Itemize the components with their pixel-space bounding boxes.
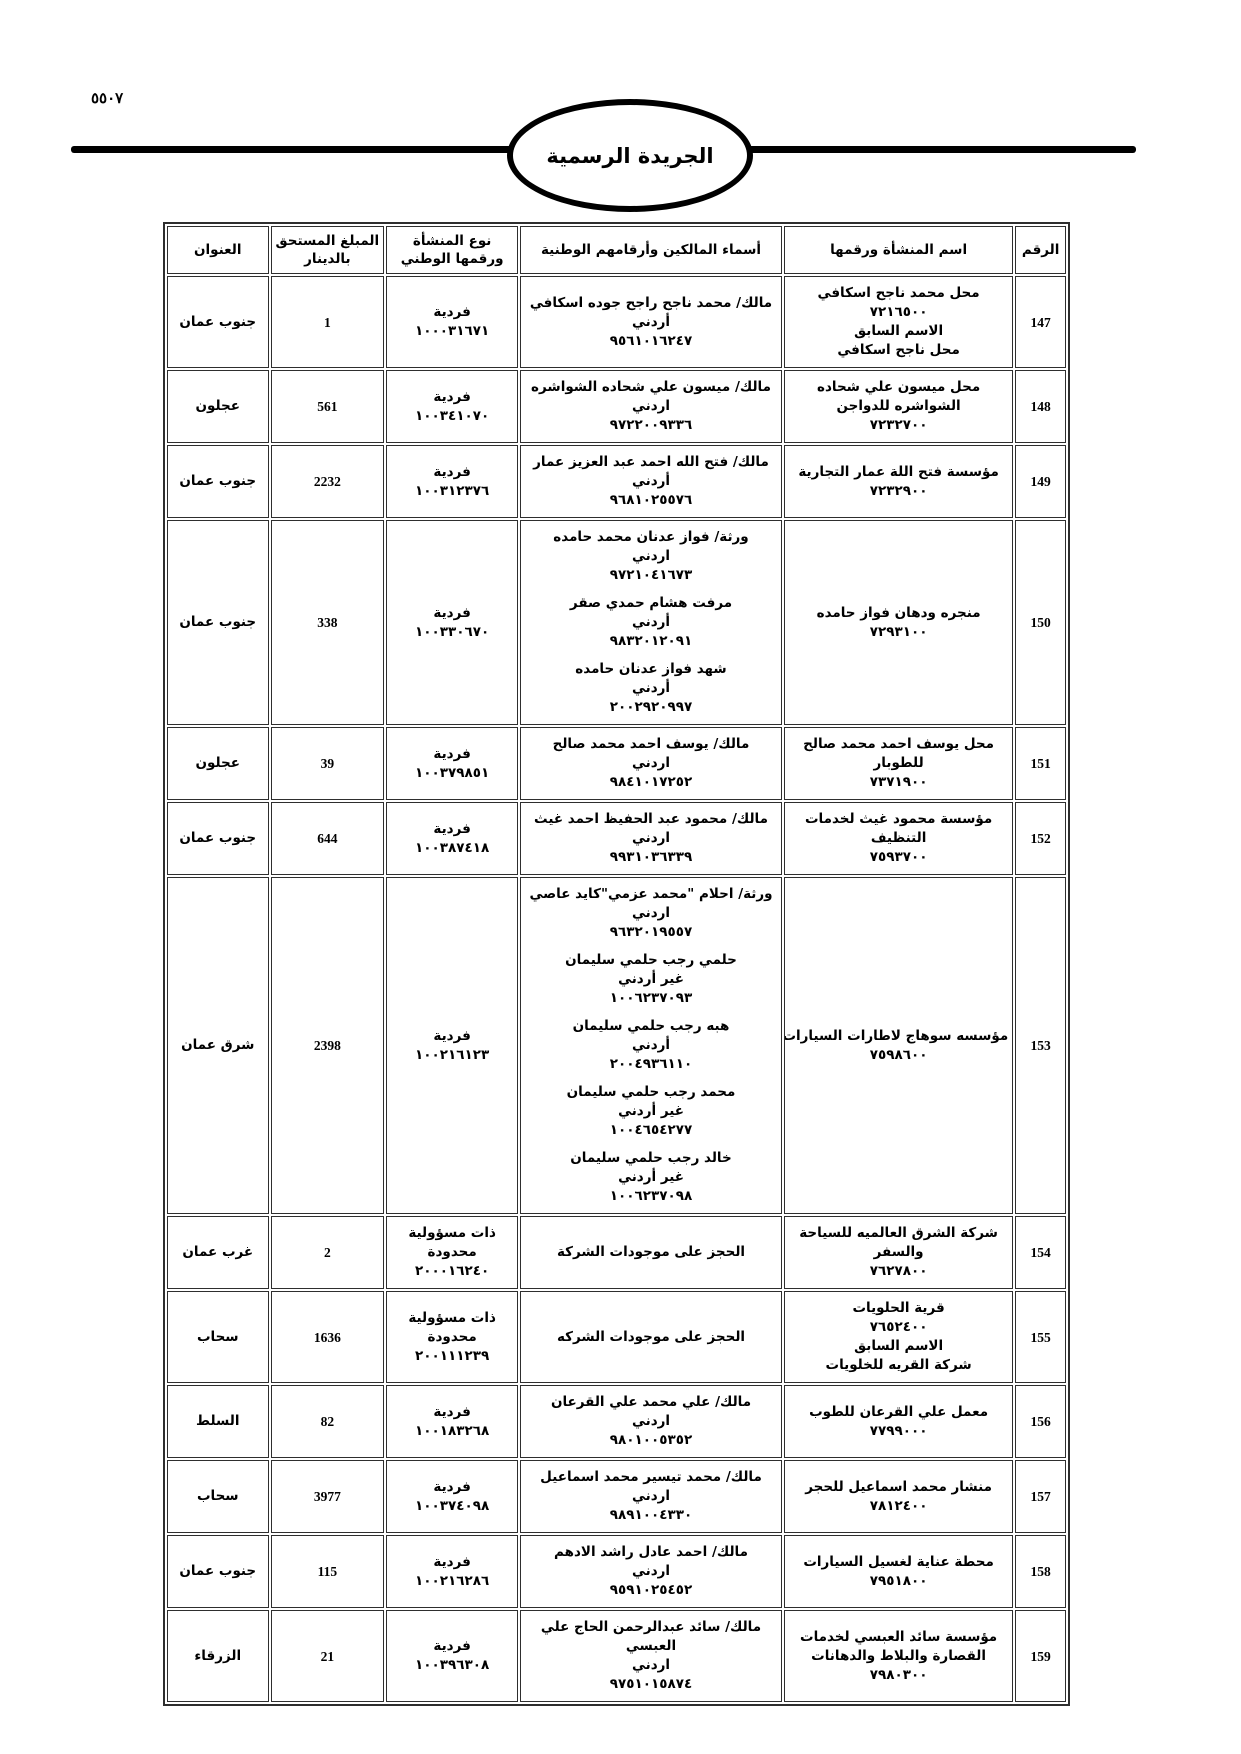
text-line: ٩٩٣١٠٣٦٣٣٩ (525, 848, 777, 867)
text-line: ٢٠٠١١١٢٣٩ (391, 1347, 513, 1366)
table-row: 148محل ميسون علي شحادهالشواشره للدواجن٧٢… (167, 370, 1066, 443)
cell-owners: مالك/ سائد عبدالرحمن الحاج عليالعبسياردن… (520, 1610, 782, 1702)
text-line: أردني (525, 472, 777, 491)
cell-type: فردية١٠٠٢١٦١٢٣ (386, 877, 518, 1214)
text-line: مالك/ علي محمد علي القرعان (525, 1393, 777, 1412)
table-row: 157منشار محمد اسماعيل للحجر٧٨١٢٤٠٠مالك/ … (167, 1460, 1066, 1533)
text-line: اردني (525, 829, 777, 848)
text-line: محمد رجب حلمي سليمان (525, 1083, 777, 1102)
cell-type: فردية١٠٠٣٤١٠٧٠ (386, 370, 518, 443)
text-line: فردية (391, 1553, 513, 1572)
cell-establishment: مؤسسة سائد العبسي لخدماتالقصارة والبلاط … (784, 1610, 1013, 1702)
text-line: ١٠٠٦٢٣٧٠٩٨ (525, 1187, 777, 1206)
establishments-table: الرقماسم المنشأة ورقمهاأسماء المالكين وأ… (163, 222, 1070, 1706)
cell-type: فردية١٠٠٣٣٠٦٧٠ (386, 520, 518, 725)
cell-amount: 1636 (271, 1291, 385, 1383)
text-line: ذات مسؤولية (391, 1224, 513, 1243)
cell-establishment: محل محمد ناجح اسكافي٧٢١٦٥٠٠الاسم السابقم… (784, 276, 1013, 368)
text-line: محل محمد ناجح اسكافي (789, 284, 1008, 303)
text-line: ٧٩٨٠٣٠٠ (789, 1666, 1008, 1685)
cell-row-number: 153 (1015, 877, 1066, 1214)
table-row: 154شركة الشرق العالميه للسياحةوالسفر٧٦٢٧… (167, 1216, 1066, 1289)
text-line: 82 (276, 1412, 380, 1431)
text-line: مرفت هشام حمدي صقر (525, 594, 777, 613)
text-line: 2 (276, 1243, 380, 1262)
text-line: ٧٩٥١٨٠٠ (789, 1572, 1008, 1591)
cell-row-number: 159 (1015, 1610, 1066, 1702)
text-line: 155 (1020, 1328, 1061, 1347)
text-line: مالك/ محمود عبد الحفيظ احمد غيث (525, 810, 777, 829)
text-line: 156 (1020, 1412, 1061, 1431)
line-gap (525, 1008, 777, 1017)
text-line: اردني (525, 1487, 777, 1506)
table-row: 158محطة عناية لغسيل السيارات٧٩٥١٨٠٠مالك/… (167, 1535, 1066, 1608)
table-row: 147محل محمد ناجح اسكافي٧٢١٦٥٠٠الاسم السا… (167, 276, 1066, 368)
cell-owners: ورثة/ فواز عدنان محمد حامدهاردني٩٧٢١٠٤١٦… (520, 520, 782, 725)
text-line: مالك/ ميسون علي شحاده الشواشره (525, 378, 777, 397)
cell-row-number: 155 (1015, 1291, 1066, 1383)
text-line: المبلغ المستحق (275, 232, 381, 250)
cell-address: عجلون (167, 370, 269, 443)
text-line: ورقمها الوطني (390, 250, 514, 268)
text-line: 159 (1020, 1647, 1061, 1666)
cell-address: جنوب عمان (167, 1535, 269, 1608)
cell-amount: 561 (271, 370, 385, 443)
cell-row-number: 148 (1015, 370, 1066, 443)
text-line: ١٠٠٣١٢٣٧٦ (391, 482, 513, 501)
text-line: شرق عمان (172, 1036, 264, 1055)
cell-amount: 644 (271, 802, 385, 875)
cell-establishment: قرية الحلويات٧٦٥٢٤٠٠الاسم السابقشركة الق… (784, 1291, 1013, 1383)
text-line: مالك/ فتح الله احمد عبد العزيز عمار (525, 453, 777, 472)
text-line: القصارة والبلاط والدهانات (789, 1647, 1008, 1666)
text-line: اردني (525, 1656, 777, 1675)
cell-establishment: محل يوسف احمد محمد صالحللطوبار٧٣٧١٩٠٠ (784, 727, 1013, 800)
line-gap (525, 651, 777, 660)
text-line: محدودة (391, 1243, 513, 1262)
text-line: فردية (391, 1637, 513, 1656)
text-line: العنوان (171, 241, 265, 259)
text-line: معمل علي القرعان للطوب (789, 1403, 1008, 1422)
cell-owners: الحجز على موجودات الشركه (520, 1291, 782, 1383)
cell-establishment: منجره ودهان فواز حامده٧٢٩٣١٠٠ (784, 520, 1013, 725)
cell-row-number: 157 (1015, 1460, 1066, 1533)
cell-row-number: 147 (1015, 276, 1066, 368)
text-line: ٩٦٨١٠٢٥٥٧٦ (525, 491, 777, 510)
text-line: قرية الحلويات (789, 1299, 1008, 1318)
table-row: 153مؤسسه سوهاج لاطارات السيارات٧٥٩٨٦٠٠ور… (167, 877, 1066, 1214)
table-body: 147محل محمد ناجح اسكافي٧٢١٦٥٠٠الاسم السا… (167, 276, 1066, 1702)
text-line: غير أردني (525, 1168, 777, 1187)
text-line: الرقم (1019, 241, 1062, 259)
text-line: 39 (276, 754, 380, 773)
text-line: 149 (1020, 472, 1061, 491)
text-line: 21 (276, 1647, 380, 1666)
page-number: ٥٥٠٧ (91, 92, 251, 107)
cell-type: ذات مسؤوليةمحدودة٢٠٠٠١٦٢٤٠ (386, 1216, 518, 1289)
masthead-oval: الجريدة الرسمية (507, 99, 753, 212)
masthead-title: الجريدة الرسمية (546, 144, 713, 168)
cell-type: فردية١٠٠٣٧٤٠٩٨ (386, 1460, 518, 1533)
text-line: ٧٢٩٣١٠٠ (789, 623, 1008, 642)
text-line: منجره ودهان فواز حامده (789, 604, 1008, 623)
cell-row-number: 149 (1015, 445, 1066, 518)
cell-amount: 82 (271, 1385, 385, 1458)
text-line: اردني (525, 397, 777, 416)
text-line: مالك/ محمد تيسير محمد اسماعيل (525, 1468, 777, 1487)
cell-row-number: 152 (1015, 802, 1066, 875)
cell-type: فردية١٠٠٣١٢٣٧٦ (386, 445, 518, 518)
text-line: 148 (1020, 397, 1061, 416)
text-line: 644 (276, 829, 380, 848)
cell-owners: مالك/ احمد عادل راشد الادهماردني٩٥٩١٠٢٥٤… (520, 1535, 782, 1608)
cell-owners: مالك/ ميسون علي شحاده الشواشرهاردني٩٧٢٢٠… (520, 370, 782, 443)
text-line: جنوب عمان (172, 613, 264, 632)
cell-address: شرق عمان (167, 877, 269, 1214)
table-header-row: الرقماسم المنشأة ورقمهاأسماء المالكين وأ… (167, 226, 1066, 274)
text-line: 1636 (276, 1328, 380, 1347)
table-row: 150منجره ودهان فواز حامده٧٢٩٣١٠٠ورثة/ فو… (167, 520, 1066, 725)
cell-owners: مالك/ يوسف احمد محمد صالحاردني٩٨٤١٠١٧٢٥٢ (520, 727, 782, 800)
column-header-type: نوع المنشأةورقمها الوطني (386, 226, 518, 274)
cell-type: ذات مسؤوليةمحدودة٢٠٠١١١٢٣٩ (386, 1291, 518, 1383)
text-line: فردية (391, 388, 513, 407)
text-line: ٩٦٣٢٠١٩٥٥٧ (525, 923, 777, 942)
text-line: الحجز على موجودات الشركة (525, 1243, 777, 1262)
text-line: حلمي رجب حلمي سليمان (525, 951, 777, 970)
cell-establishment: معمل علي القرعان للطوب٧٧٩٩٠٠٠ (784, 1385, 1013, 1458)
text-line: غير أردني (525, 1102, 777, 1121)
text-line: 338 (276, 613, 380, 632)
column-header-address: العنوان (167, 226, 269, 274)
text-line: ٧٣٧١٩٠٠ (789, 773, 1008, 792)
table-row: 156معمل علي القرعان للطوب٧٧٩٩٠٠٠مالك/ عل… (167, 1385, 1066, 1458)
text-line: خالد رجب حلمي سليمان (525, 1149, 777, 1168)
text-line: مالك/ يوسف احمد محمد صالح (525, 735, 777, 754)
cell-amount: 338 (271, 520, 385, 725)
text-line: ٧٨١٢٤٠٠ (789, 1497, 1008, 1516)
text-line: ٩٧٥١٠١٥٨٧٤ (525, 1675, 777, 1694)
text-line: ذات مسؤولية (391, 1309, 513, 1328)
cell-address: جنوب عمان (167, 520, 269, 725)
cell-owners: مالك/ محمد ناجح راجح جوده اسكافيأردني٩٥٦… (520, 276, 782, 368)
text-line: ٩٧٢١٠٤١٦٧٣ (525, 566, 777, 585)
text-line: مالك/ احمد عادل راشد الادهم (525, 1543, 777, 1562)
text-line: الشواشره للدواجن (789, 397, 1008, 416)
cell-establishment: مؤسسة محمود غيث لخدماتالتنظيف٧٥٩٣٧٠٠ (784, 802, 1013, 875)
cell-owners: ورثة/ احلام "محمد عزمي"كايد عاصياردني٩٦٣… (520, 877, 782, 1214)
text-line: غير أردني (525, 970, 777, 989)
table-row: 159مؤسسة سائد العبسي لخدماتالقصارة والبل… (167, 1610, 1066, 1702)
cell-type: فردية١٠٠٢١٦٢٨٦ (386, 1535, 518, 1608)
cell-row-number: 151 (1015, 727, 1066, 800)
text-line: فردية (391, 1403, 513, 1422)
text-line: مؤسسة فتح اللة عمار التجارية (789, 463, 1008, 482)
cell-address: سحاب (167, 1291, 269, 1383)
text-line: 2398 (276, 1036, 380, 1055)
text-line: فردية (391, 463, 513, 482)
text-line: 1 (276, 313, 380, 332)
text-line: أردني (525, 679, 777, 698)
text-line: جنوب عمان (172, 313, 264, 332)
text-line: ٧٥٩٣٧٠٠ (789, 848, 1008, 867)
text-line: ٩٨٠١٠٠٥٣٥٢ (525, 1431, 777, 1450)
cell-address: سحاب (167, 1460, 269, 1533)
text-line: 152 (1020, 829, 1061, 848)
cell-type: فردية١٠٠١٨٣٢٦٨ (386, 1385, 518, 1458)
text-line: فردية (391, 745, 513, 764)
text-line: سحاب (172, 1328, 264, 1347)
cell-amount: 3977 (271, 1460, 385, 1533)
text-line: اردني (525, 1412, 777, 1431)
text-line: فردية (391, 820, 513, 839)
cell-owners: مالك/ علي محمد علي القرعاناردني٩٨٠١٠٠٥٣٥… (520, 1385, 782, 1458)
text-line: 3977 (276, 1487, 380, 1506)
text-line: سحاب (172, 1487, 264, 1506)
cell-row-number: 156 (1015, 1385, 1066, 1458)
cell-amount: 2398 (271, 877, 385, 1214)
text-line: اردني (525, 547, 777, 566)
text-line: 151 (1020, 754, 1061, 773)
text-line: ١٠٠٢١٦٢٨٦ (391, 1572, 513, 1591)
text-line: ٩٨٤١٠١٧٢٥٢ (525, 773, 777, 792)
cell-amount: 115 (271, 1535, 385, 1608)
text-line: ٧٦٥٢٤٠٠ (789, 1318, 1008, 1337)
cell-owners: مالك/ محمد تيسير محمد اسماعيلاردني٩٨٩١٠٠… (520, 1460, 782, 1533)
text-line: الاسم السابق (789, 322, 1008, 341)
text-line: اردني (525, 904, 777, 923)
text-line: أردني (525, 613, 777, 632)
cell-row-number: 154 (1015, 1216, 1066, 1289)
text-line: ٧٧٩٩٠٠٠ (789, 1422, 1008, 1441)
text-line: مؤسسة سائد العبسي لخدمات (789, 1628, 1008, 1647)
text-line: ١٠٠٢١٦١٢٣ (391, 1046, 513, 1065)
column-header-row-number: الرقم (1015, 226, 1066, 274)
column-header-owners: أسماء المالكين وأرقامهم الوطنية (520, 226, 782, 274)
text-line: 115 (276, 1562, 380, 1581)
text-line: التنظيف (789, 829, 1008, 848)
table-row: 152مؤسسة محمود غيث لخدماتالتنظيف٧٥٩٣٧٠٠م… (167, 802, 1066, 875)
text-line: الاسم السابق (789, 1337, 1008, 1356)
text-line: ١٠٠٣٨٧٤١٨ (391, 839, 513, 858)
line-gap (525, 1074, 777, 1083)
text-line: جنوب عمان (172, 472, 264, 491)
text-line: ٩٨٩١٠٠٤٣٣٠ (525, 1506, 777, 1525)
text-line: هبه رجب حلمي سليمان (525, 1017, 777, 1036)
cell-establishment: مؤسسة فتح اللة عمار التجارية٧٢٣٢٩٠٠ (784, 445, 1013, 518)
line-gap (525, 585, 777, 594)
text-line: عجلون (172, 397, 264, 416)
text-line: عجلون (172, 754, 264, 773)
text-line: ٧٢٣٢٧٠٠ (789, 416, 1008, 435)
cell-address: الزرقاء (167, 1610, 269, 1702)
text-line: ورثة/ احلام "محمد عزمي"كايد عاصي (525, 885, 777, 904)
cell-address: جنوب عمان (167, 445, 269, 518)
cell-amount: 2 (271, 1216, 385, 1289)
text-line: ٧٢٣٢٩٠٠ (789, 482, 1008, 501)
cell-establishment: محطة عناية لغسيل السيارات٧٩٥١٨٠٠ (784, 1535, 1013, 1608)
text-line: 153 (1020, 1036, 1061, 1055)
cell-row-number: 158 (1015, 1535, 1066, 1608)
cell-address: جنوب عمان (167, 276, 269, 368)
text-line: غرب عمان (172, 1243, 264, 1262)
text-line: ١٠٠٤٦٥٤٢٧٧ (525, 1121, 777, 1140)
text-line: فردية (391, 303, 513, 322)
text-line: ١٠٠٣٩٦٣٠٨ (391, 1656, 513, 1675)
cell-address: السلط (167, 1385, 269, 1458)
text-line: مالك/ محمد ناجح راجح جوده اسكافي (525, 294, 777, 313)
text-line: مؤسسه سوهاج لاطارات السيارات (789, 1027, 1008, 1046)
text-line: مالك/ سائد عبدالرحمن الحاج علي (525, 1618, 777, 1637)
text-line: نوع المنشأة (390, 232, 514, 250)
text-line: 158 (1020, 1562, 1061, 1581)
text-line: ١٠٠٣٤١٠٧٠ (391, 407, 513, 426)
text-line: جنوب عمان (172, 1562, 264, 1581)
text-line: ٩٧٢٢٠٠٩٣٣٦ (525, 416, 777, 435)
column-header-establishment: اسم المنشأة ورقمها (784, 226, 1013, 274)
text-line: محل ميسون علي شحاده (789, 378, 1008, 397)
text-line: محل ناجح اسكافي (789, 341, 1008, 360)
cell-owners: مالك/ فتح الله احمد عبد العزيز عمارأردني… (520, 445, 782, 518)
cell-type: فردية١٠٠٠٣١٦٧١ (386, 276, 518, 368)
cell-row-number: 150 (1015, 520, 1066, 725)
line-gap (525, 942, 777, 951)
text-line: 150 (1020, 613, 1061, 632)
text-line: محل يوسف احمد محمد صالح (789, 735, 1008, 754)
cell-amount: 39 (271, 727, 385, 800)
column-header-amount: المبلغ المستحقبالدينار (271, 226, 385, 274)
cell-amount: 1 (271, 276, 385, 368)
text-line: محطة عناية لغسيل السيارات (789, 1553, 1008, 1572)
cell-address: جنوب عمان (167, 802, 269, 875)
text-line: الزرقاء (172, 1647, 264, 1666)
table-row: 151محل يوسف احمد محمد صالحللطوبار٧٣٧١٩٠٠… (167, 727, 1066, 800)
text-line: ١٠٠٦٢٣٧٠٩٣ (525, 989, 777, 1008)
text-line: ١٠٠١٨٣٢٦٨ (391, 1422, 513, 1441)
cell-type: فردية١٠٠٣٧٩٨٥١ (386, 727, 518, 800)
text-line: ٢٠٠٠١٦٢٤٠ (391, 1262, 513, 1281)
table-row: 149مؤسسة فتح اللة عمار التجارية٧٢٣٢٩٠٠ما… (167, 445, 1066, 518)
text-line: ٢٠٠٢٩٢٠٩٩٧ (525, 698, 777, 717)
cell-type: فردية١٠٠٣٨٧٤١٨ (386, 802, 518, 875)
cell-type: فردية١٠٠٣٩٦٣٠٨ (386, 1610, 518, 1702)
text-line: ٧٥٩٨٦٠٠ (789, 1046, 1008, 1065)
cell-owners: الحجز على موجودات الشركة (520, 1216, 782, 1289)
text-line: فردية (391, 1478, 513, 1497)
text-line: السلط (172, 1412, 264, 1431)
text-line: 2232 (276, 472, 380, 491)
text-line: ٧٢١٦٥٠٠ (789, 303, 1008, 322)
text-line: ٩٨٣٢٠١٢٠٩١ (525, 632, 777, 651)
cell-address: غرب عمان (167, 1216, 269, 1289)
text-line: أسماء المالكين وأرقامهم الوطنية (524, 241, 778, 259)
text-line: محدودة (391, 1328, 513, 1347)
line-gap (525, 1140, 777, 1149)
text-line: شركة القريه للخلويات (789, 1356, 1008, 1375)
cell-amount: 2232 (271, 445, 385, 518)
text-line: مؤسسة محمود غيث لخدمات (789, 810, 1008, 829)
text-line: والسفر (789, 1243, 1008, 1262)
cell-address: عجلون (167, 727, 269, 800)
text-line: 147 (1020, 313, 1061, 332)
text-line: اردني (525, 1562, 777, 1581)
text-line: ١٠٠٣٣٠٦٧٠ (391, 623, 513, 642)
cell-owners: مالك/ محمود عبد الحفيظ احمد غيثاردني٩٩٣١… (520, 802, 782, 875)
text-line: العبسي (525, 1637, 777, 1656)
text-line: ٢٠٠٤٩٣٦١١٠ (525, 1055, 777, 1074)
gazette-page: ٥٥٠٧ الجريدة الرسمية الرقماسم المنشأة ور… (0, 0, 1241, 1754)
text-line: بالدينار (275, 250, 381, 268)
text-line: اردني (525, 754, 777, 773)
text-line: أردني (525, 1036, 777, 1055)
text-line: الحجز على موجودات الشركه (525, 1328, 777, 1347)
text-line: ١٠٠٠٣١٦٧١ (391, 322, 513, 341)
text-line: 561 (276, 397, 380, 416)
text-line: شهد فواز عدنان حامده (525, 660, 777, 679)
text-line: 157 (1020, 1487, 1061, 1506)
cell-establishment: محل ميسون علي شحادهالشواشره للدواجن٧٢٣٢٧… (784, 370, 1013, 443)
text-line: فردية (391, 1027, 513, 1046)
text-line: أردني (525, 313, 777, 332)
text-line: ١٠٠٣٧٤٠٩٨ (391, 1497, 513, 1516)
cell-establishment: شركة الشرق العالميه للسياحةوالسفر٧٦٢٧٨٠٠ (784, 1216, 1013, 1289)
text-line: 154 (1020, 1243, 1061, 1262)
text-line: ٩٥٩١٠٢٥٤٥٢ (525, 1581, 777, 1600)
cell-establishment: منشار محمد اسماعيل للحجر٧٨١٢٤٠٠ (784, 1460, 1013, 1533)
text-line: ٩٥٦١٠١٦٢٤٧ (525, 332, 777, 351)
text-line: شركة الشرق العالميه للسياحة (789, 1224, 1008, 1243)
text-line: للطوبار (789, 754, 1008, 773)
table-row: 155قرية الحلويات٧٦٥٢٤٠٠الاسم السابقشركة … (167, 1291, 1066, 1383)
text-line: ورثة/ فواز عدنان محمد حامده (525, 528, 777, 547)
text-line: منشار محمد اسماعيل للحجر (789, 1478, 1008, 1497)
text-line: اسم المنشأة ورقمها (788, 241, 1009, 259)
text-line: ٧٦٢٧٨٠٠ (789, 1262, 1008, 1281)
cell-establishment: مؤسسه سوهاج لاطارات السيارات٧٥٩٨٦٠٠ (784, 877, 1013, 1214)
text-line: ١٠٠٣٧٩٨٥١ (391, 764, 513, 783)
text-line: جنوب عمان (172, 829, 264, 848)
cell-amount: 21 (271, 1610, 385, 1702)
text-line: فردية (391, 604, 513, 623)
